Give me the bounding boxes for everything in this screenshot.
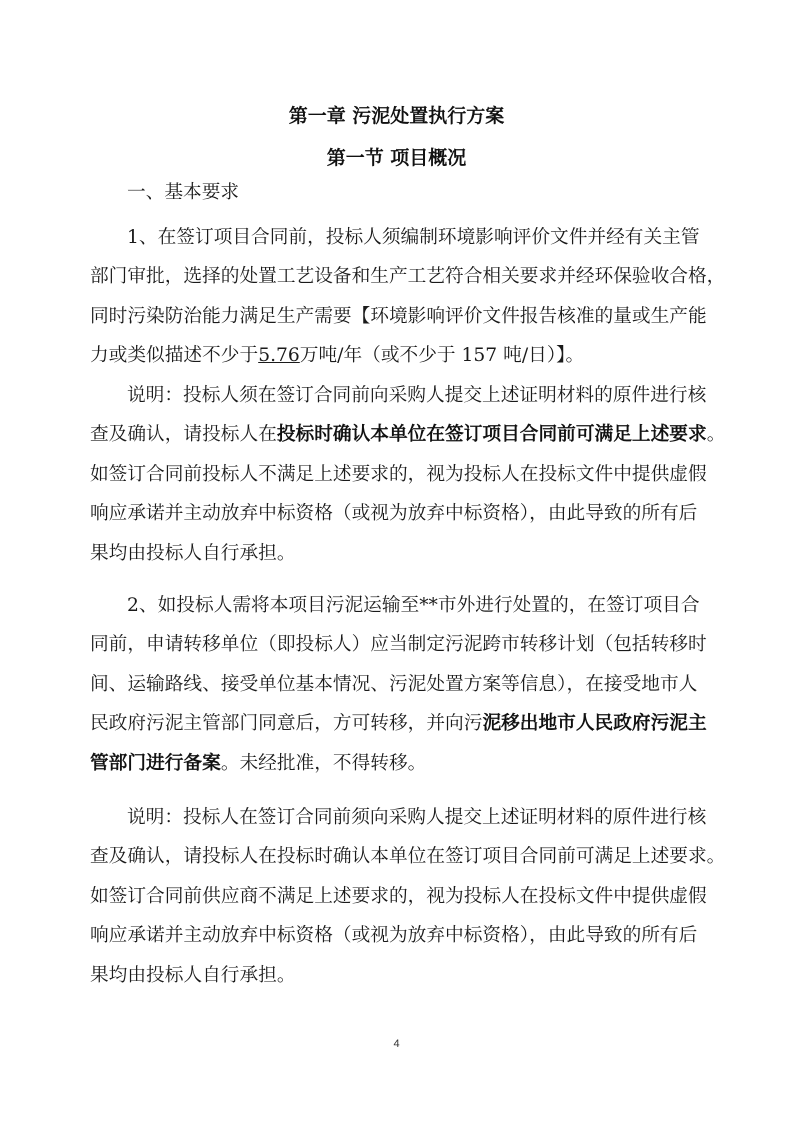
paragraph-line: 间、运输路线、接受单位基本情况、污泥处置方案等信息），在接受地市人: [90, 673, 722, 697]
paragraph-line: 民政府污泥主管部门同意后，方可转移，并向污泥移出地市人民政府污泥主: [90, 712, 722, 736]
page-number: 4: [0, 1038, 793, 1050]
paragraph-line: 说明：投标人在签订合同前须向采购人提交上述证明材料的原件进行核: [127, 806, 722, 830]
bold-text: 管部门进行备案: [90, 753, 221, 774]
paragraph-line: 如签订合同前供应商不满足上述要求的，视为投标人在投标文件中提供虚假: [90, 885, 722, 909]
text-segment: 民政府污泥主管部门同意后，方可转移，并向污: [90, 713, 482, 734]
paragraph-line: 响应承诺并主动放弃中标资格（或视为放弃中标资格），由此导致的所有后: [90, 502, 722, 526]
subsection-heading: 一、基本要求: [127, 181, 722, 205]
paragraph-line: 2、如投标人需将本项目污泥运输至**市外进行处置的，在签订项目合: [127, 594, 722, 618]
bold-text: 泥移出地市人民政府污泥主: [482, 713, 706, 734]
capacity-value: 5.76: [258, 345, 300, 366]
section-title: 第一节 项目概况: [0, 143, 793, 170]
paragraph-line: 说明：投标人须在签订合同前向采购人提交上述证明材料的原件进行核: [127, 384, 722, 408]
paragraph-line: 果均由投标人自行承担。: [90, 964, 722, 988]
bold-text: 投标时确认本单位在签订项目合同前可满足上述要求: [277, 424, 707, 445]
paragraph-line: 如签订合同前投标人不满足上述要求的，视为投标人在投标文件中提供虚假: [90, 463, 722, 487]
text-segment: 查及确认，请投标人在: [90, 424, 277, 445]
paragraph-line: 查及确认，请投标人在投标时确认本单位在签订项目合同前可满足上述要求。: [90, 845, 722, 869]
paragraph-line: 同前，申请转移单位（即投标人）应当制定污泥跨市转移计划（包括转移时: [90, 633, 722, 657]
text-segment: 力或类似描述不少于: [90, 345, 258, 366]
text-segment: 。未经批准，不得转移。: [221, 753, 427, 774]
paragraph-line: 查及确认，请投标人在投标时确认本单位在签订项目合同前可满足上述要求。: [90, 423, 722, 447]
text-segment: 。: [707, 424, 726, 445]
paragraph-line: 1、在签订项目合同前，投标人须编制环境影响评价文件并经有关主管: [127, 226, 722, 250]
chapter-title: 第一章 污泥处置执行方案: [0, 101, 793, 128]
paragraph-line: 果均由投标人自行承担。: [90, 542, 722, 566]
paragraph-line: 部门审批，选择的处置工艺设备和生产工艺符合相关要求并经环保验收合格，: [90, 265, 722, 289]
paragraph-line: 同时污染防治能力满足生产需要【环境影响评价文件报告核准的量或生产能: [90, 305, 722, 329]
text-segment: 万吨/年（或不少于 157 吨/日）】。: [300, 345, 584, 366]
document-page: 第一章 污泥处置执行方案 第一节 项目概况 一、基本要求 1、在签订项目合同前，…: [0, 0, 793, 1122]
paragraph-line: 力或类似描述不少于5.76万吨/年（或不少于 157 吨/日）】。: [90, 344, 722, 368]
paragraph-line: 响应承诺并主动放弃中标资格（或视为放弃中标资格），由此导致的所有后: [90, 924, 722, 948]
paragraph-line: 管部门进行备案。未经批准，不得转移。: [90, 752, 722, 776]
